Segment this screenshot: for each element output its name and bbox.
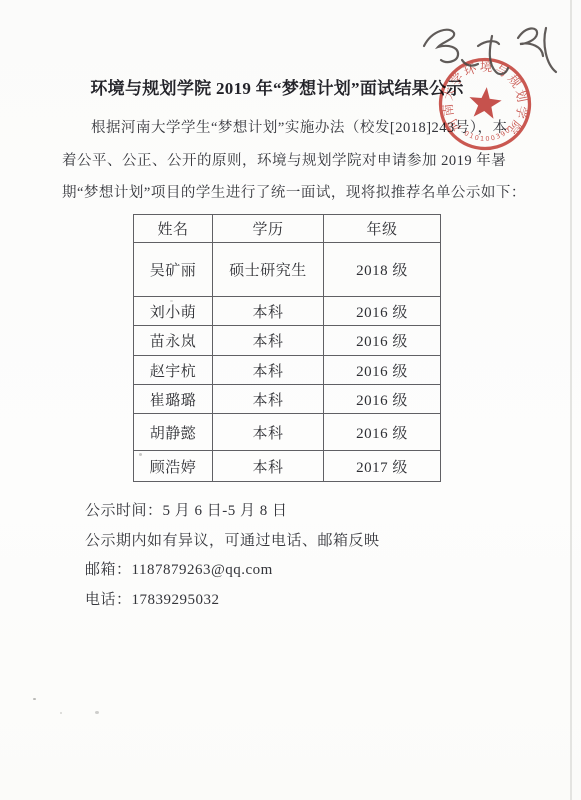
objection-notice-line: 公示期内如有异议，可通过电话、邮箱反映 bbox=[85, 527, 380, 557]
col-header-grade: 年级 bbox=[324, 215, 441, 243]
col-header-education: 学历 bbox=[213, 215, 324, 243]
scan-speck bbox=[170, 300, 173, 302]
cell-name: 顾浩婷 bbox=[134, 451, 213, 482]
signature-stroke bbox=[518, 28, 543, 56]
table-row: 吴矿丽 硕士研究生 2018 级 bbox=[134, 243, 441, 297]
cell-education: 本科 bbox=[213, 297, 324, 326]
cell-education: 硕士研究生 bbox=[213, 243, 324, 297]
cell-education: 本科 bbox=[213, 385, 324, 414]
cell-name: 刘小萌 bbox=[134, 297, 213, 326]
signature-stroke bbox=[462, 60, 478, 66]
email-line: 邮箱：1187879263@qq.com bbox=[85, 556, 380, 586]
signature-stroke bbox=[478, 41, 499, 46]
cell-name: 吴矿丽 bbox=[134, 243, 213, 297]
cell-grade: 2016 级 bbox=[324, 297, 441, 326]
table-row: 苗永岚 本科 2016 级 bbox=[134, 326, 441, 356]
table-header-row: 姓名 学历 年级 bbox=[134, 215, 441, 243]
cell-grade: 2016 级 bbox=[324, 326, 441, 356]
cell-grade: 2016 级 bbox=[324, 414, 441, 451]
table-row: 胡静懿 本科 2016 级 bbox=[134, 414, 441, 451]
cell-education: 本科 bbox=[213, 451, 324, 482]
scanned-document-page: 环境与规划学院 2019 年“梦想计划”面试结果公示 根据河南大学学生“梦想计划… bbox=[0, 0, 581, 800]
seal-star-icon bbox=[467, 85, 502, 119]
phone-line: 电话：17839295032 bbox=[85, 586, 380, 616]
cell-education: 本科 bbox=[213, 326, 324, 356]
scan-speck bbox=[33, 698, 36, 700]
table-row: 赵宇杭 本科 2016 级 bbox=[134, 356, 441, 385]
cell-name: 崔璐璐 bbox=[134, 385, 213, 414]
cell-grade: 2018 级 bbox=[324, 243, 441, 297]
cell-name: 胡静懿 bbox=[134, 414, 213, 451]
publicity-period-line: 公示时间：5 月 6 日-5 月 8 日 bbox=[85, 497, 380, 527]
cell-grade: 2016 级 bbox=[324, 385, 441, 414]
scan-speck bbox=[60, 712, 62, 714]
scan-speck bbox=[139, 453, 142, 456]
scan-speck bbox=[95, 711, 99, 714]
table-row: 顾浩婷 本科 2017 级 bbox=[134, 451, 441, 482]
scan-edge-artifact bbox=[570, 0, 572, 800]
table-row: 崔璐璐 本科 2016 级 bbox=[134, 385, 441, 414]
signature-stroke bbox=[424, 30, 458, 62]
cell-education: 本科 bbox=[213, 356, 324, 385]
footer-block: 公示时间：5 月 6 日-5 月 8 日 公示期内如有异议，可通过电话、邮箱反映… bbox=[85, 497, 380, 615]
cell-name: 赵宇杭 bbox=[134, 356, 213, 385]
cell-education: 本科 bbox=[213, 414, 324, 451]
signature-stroke bbox=[544, 28, 556, 72]
paragraph-line-3: 期“梦想计划”项目的学生进行了统一面试，现将拟推荐名单公示如下： bbox=[62, 177, 532, 210]
results-table: 姓名 学历 年级 吴矿丽 硕士研究生 2018 级 刘小萌 本科 2016 级 … bbox=[133, 214, 441, 482]
handwritten-signature bbox=[412, 20, 567, 82]
table-row: 刘小萌 本科 2016 级 bbox=[134, 297, 441, 326]
cell-grade: 2017 级 bbox=[324, 451, 441, 482]
col-header-name: 姓名 bbox=[134, 215, 213, 243]
cell-name: 苗永岚 bbox=[134, 326, 213, 356]
cell-grade: 2016 级 bbox=[324, 356, 441, 385]
